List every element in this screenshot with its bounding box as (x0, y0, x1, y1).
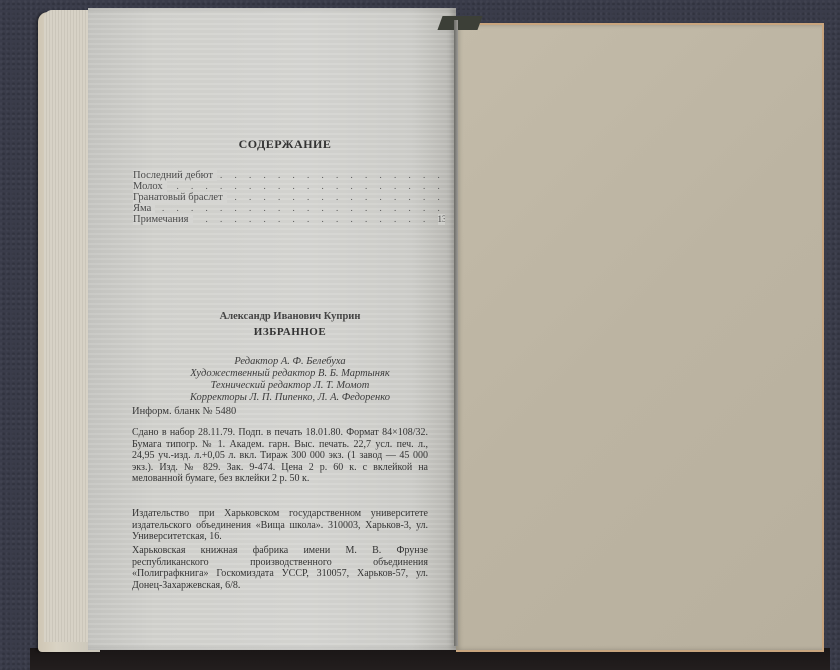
page-stack (44, 10, 94, 642)
toc-item-label: Гранатовый браслет (133, 192, 227, 203)
credit-line: Художественный редактор В. Б. Мартыняк (130, 368, 450, 380)
credit-line: Технический редактор Л. Т. Момот (130, 380, 450, 392)
printer-info: Харьковская книжная фабрика имени М. В. … (132, 545, 428, 591)
toc-item: . . . . . . . . . . . . . . . . . . . . … (133, 214, 445, 225)
toc-item-label: Примечания (133, 214, 193, 225)
author-name: Александр Иванович Куприн (130, 311, 450, 322)
toc-item: . . . . . . . . . . . . . . . . . . . . … (133, 192, 445, 203)
toc-title: СОДЕРЖАНИЕ (130, 137, 440, 152)
toc-item: . . . . . . . . . . . . . . . . . . . . … (133, 203, 445, 214)
publisher-info: Издательство при Харьковском государстве… (132, 508, 428, 543)
toc-item: . . . . . . . . . . . . . . . . . . . . … (133, 181, 445, 192)
print-details: Сдано в набор 28.11.79. Подп. в печать 1… (132, 427, 428, 485)
credit-line: Редактор А. Ф. Белебуха (130, 356, 450, 368)
toc-item-label: Последний дебют (133, 170, 217, 181)
editorial-credits: Редактор А. Ф. Белебуха Художественный р… (130, 356, 450, 404)
toc-item-label: Яма (133, 203, 155, 214)
leader-dots: . . . . . . . . . . . . . . . . . . . . … (133, 203, 445, 214)
book-photo: СОДЕРЖАНИЕ . . . . . . . . . . . . . . .… (0, 0, 840, 670)
inform-blank: Информ. бланк № 5480 (132, 406, 236, 417)
gutter (454, 20, 458, 646)
leader-dots: . . . . . . . . . . . . . . . . . . . . … (133, 181, 445, 192)
book-title: ИЗБРАННОЕ (130, 326, 450, 338)
toc-list: . . . . . . . . . . . . . . . . . . . . … (133, 170, 445, 225)
spine (437, 16, 482, 30)
toc-item-page: 133 (438, 214, 446, 225)
toc-item: . . . . . . . . . . . . . . . . . . . . … (133, 170, 445, 181)
toc-item-label: Молох (133, 181, 167, 192)
credit-line: Корректоры Л. П. Пипенко, Л. А. Федоренк… (130, 392, 450, 404)
right-blank-page (456, 23, 824, 652)
